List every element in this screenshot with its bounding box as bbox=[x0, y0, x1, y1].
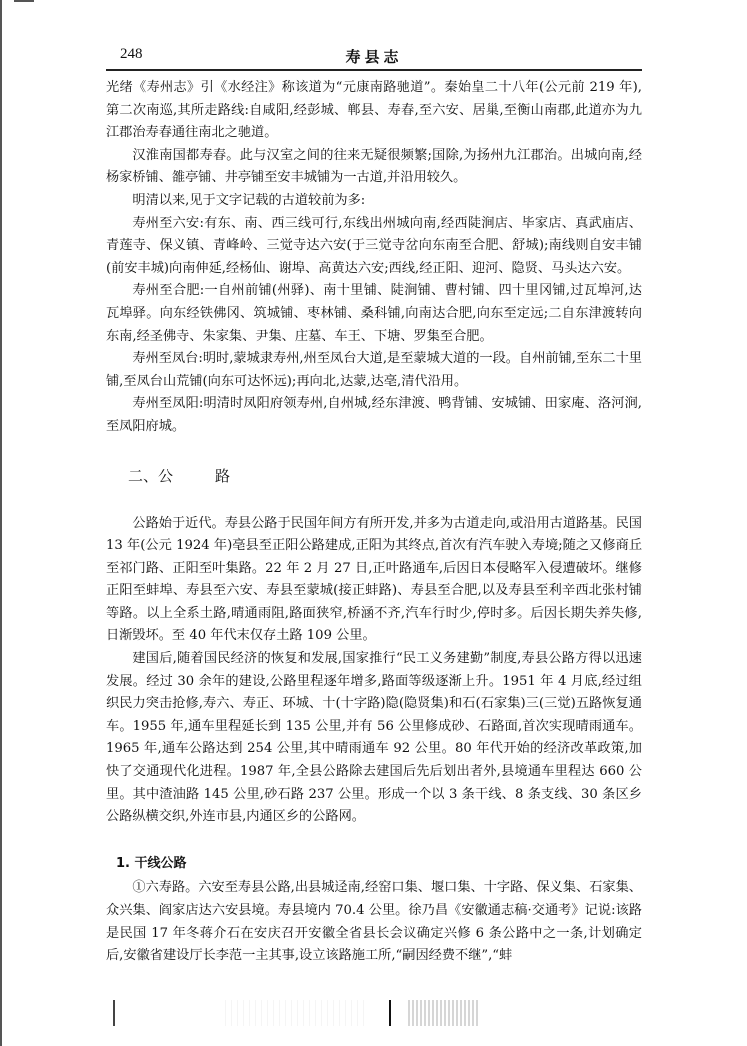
paragraph: 明清以来,见于文字记载的古道较前为多: bbox=[106, 190, 642, 213]
scan-artifact bbox=[113, 1000, 115, 1026]
paragraph: 寿州至凤台:明时,蒙城隶寿州,州至凤台大道,是至蒙城大道的一段。自州前铺,至东二… bbox=[106, 348, 642, 393]
book-title: 寿县志 bbox=[106, 46, 642, 67]
header-rule bbox=[106, 69, 642, 71]
scan-artifact bbox=[225, 1000, 365, 1026]
subsection-heading: 1. 干线公路 bbox=[116, 853, 642, 876]
paragraph: ①六寿路。六安至寿县公路,出县城迳南,经窑口集、堰口集、十字路、保义集、石家集、… bbox=[106, 877, 642, 967]
paragraph: 寿州至合肥:一自州前铺(州驿)、南十里铺、陡涧铺、曹村铺、四十里冈铺,过瓦埠河,… bbox=[106, 280, 642, 348]
paragraph: 寿州至凤阳:明清时凤阳府领寿州,自州城,经东津渡、鸭背铺、安城铺、田家庵、洛河涧… bbox=[106, 393, 642, 438]
scan-left-border bbox=[0, 0, 2, 1046]
scan-corner-mark bbox=[14, 0, 34, 2]
section-title-end: 路 bbox=[215, 467, 230, 485]
section-heading: 二、公路 bbox=[128, 465, 642, 487]
page-header: 248 寿县志 bbox=[106, 46, 642, 68]
scan-artifact bbox=[408, 1000, 478, 1026]
paragraph: 公路始于近代。寿县公路于民国年间方有所开发,并多为古道走向,或沿用古道路基。民国… bbox=[106, 513, 642, 649]
paragraph: 汉淮南国都寿春。此与汉室之间的往来无疑很频繁;国除,为扬州九江郡治。出城向南,经… bbox=[106, 145, 642, 190]
paragraph: 寿州至六安:有东、南、西三线可行,东线出州城向南,经西陡涧店、毕家店、真武庙店、… bbox=[106, 213, 642, 281]
body-text: 光绪《寿州志》引《水经注》称该道为“元康南路驰道”。秦始皇二十八年(公元前 21… bbox=[106, 77, 642, 968]
paragraph: 建国后,随着国民经济的恢复和发展,国家推行“民工义务建勤”制度,寿县公路方得以迅… bbox=[106, 648, 642, 829]
scan-artifact bbox=[389, 1000, 391, 1026]
section-number: 二、公 bbox=[128, 467, 173, 485]
paragraph: 光绪《寿州志》引《水经注》称该道为“元康南路驰道”。秦始皇二十八年(公元前 21… bbox=[106, 77, 642, 145]
